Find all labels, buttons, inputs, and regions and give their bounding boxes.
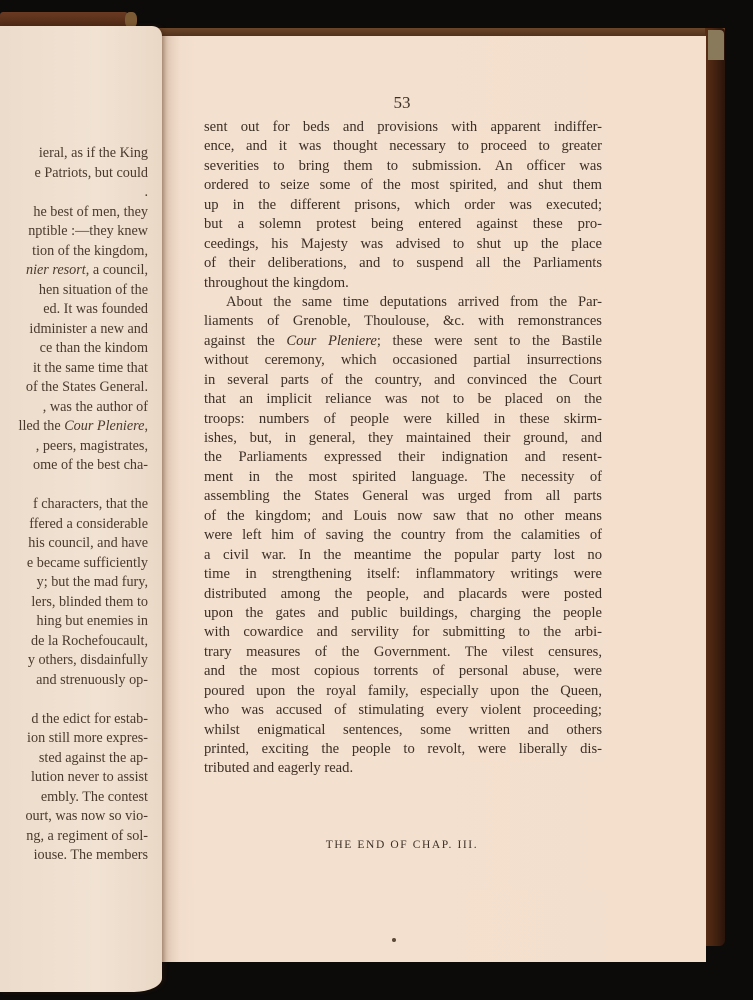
text-line: embly. The contest xyxy=(0,788,148,808)
text-line: who was accused of stimulating every vio… xyxy=(204,701,602,720)
text-line: nier resort, a council, xyxy=(0,261,148,281)
text-line: ordered to seize some of the most spirit… xyxy=(204,176,602,195)
text-line: ishes, but, in general, they maintained … xyxy=(204,429,602,448)
text-line: throughout the kingdom. xyxy=(204,274,602,293)
text-line: , was the author of xyxy=(0,398,148,418)
text-line: lers, blinded them to xyxy=(0,593,148,613)
text-line: e became sufficiently xyxy=(0,554,148,574)
text-line: lled the Cour Pleniere, xyxy=(0,417,148,437)
text-line: the Parliaments expressed their indignat… xyxy=(204,448,602,467)
text-line: he best of men, they xyxy=(0,203,148,223)
text-line xyxy=(0,690,148,710)
book-cover-spine-edge xyxy=(705,28,725,946)
text-line: assembling the States General was urged … xyxy=(204,487,602,506)
text-line: idminister a new and xyxy=(0,320,148,340)
text-line: in several parts of the country, and con… xyxy=(204,371,602,390)
text-line: but a solemn protest being entered again… xyxy=(204,215,602,234)
text-line: tributed and eagerly read. xyxy=(204,759,602,778)
text-line: without ceremony, which occasioned parti… xyxy=(204,351,602,370)
text-line: printed, exciting the people to revolt, … xyxy=(204,740,602,759)
text-line xyxy=(0,476,148,496)
text-line: whilst enigmatical sentences, some writt… xyxy=(204,721,602,740)
paper-speck xyxy=(392,938,396,942)
chapter-end-heading: THE END OF CHAP. III. xyxy=(192,839,612,851)
text-line: f characters, that the xyxy=(0,495,148,515)
text-line: it the same time that xyxy=(0,359,148,379)
text-line: liaments of Grenoble, Thoulouse, &c. wit… xyxy=(204,312,602,331)
text-line: time in strengthening itself: inflammato… xyxy=(204,565,602,584)
text-line: severities to bring them to submission. … xyxy=(204,157,602,176)
text-line: ourt, was now so vio- xyxy=(0,807,148,827)
text-line: . xyxy=(0,183,148,203)
text-line: , peers, magistrates, xyxy=(0,437,148,457)
text-line: lution never to assist xyxy=(0,768,148,788)
text-line: ed. It was founded xyxy=(0,300,148,320)
italic-phrase: Cour Pleniere xyxy=(286,333,377,349)
text-line: sent out for beds and provisions with ap… xyxy=(204,118,602,137)
text-line: ieral, as if the King xyxy=(0,144,148,164)
text-line: poured upon the royal family, especially… xyxy=(204,682,602,701)
text-line: trary measures of the Government. The vi… xyxy=(204,643,602,662)
text-line: his council, and have xyxy=(0,534,148,554)
text-line: of the States General. xyxy=(0,378,148,398)
text-line: ence, and it was thought necessary to pr… xyxy=(204,137,602,156)
text-line: upon the gates and public buildings, cha… xyxy=(204,604,602,623)
text-line: ng, a regiment of sol- xyxy=(0,827,148,847)
text-line: y others, disdainfully xyxy=(0,651,148,671)
text-line: up in the different prisons, which order… xyxy=(204,196,602,215)
text-line: ome of the best cha- xyxy=(0,456,148,476)
text-line: sted against the ap- xyxy=(0,749,148,769)
italic-phrase-container: against the Cour Pleniere; these were se… xyxy=(204,333,602,349)
text-line: ffered a considerable xyxy=(0,515,148,535)
text-line: that an implicit reliance was not to be … xyxy=(204,390,602,409)
text-line: ion still more expres- xyxy=(0,729,148,749)
text-line: with cowardice and servility for submitt… xyxy=(204,623,602,642)
text-line: of the kingdom; and Louis now saw that n… xyxy=(204,507,602,526)
text-line: troops: numbers of people were killed in… xyxy=(204,410,602,429)
text-line: ce than the kindom xyxy=(0,339,148,359)
left-page: ieral, as if the Kinge Patriots, but cou… xyxy=(0,26,162,992)
text-line: y; but the mad fury, xyxy=(0,573,148,593)
text-line: de la Rochefoucault, xyxy=(0,632,148,652)
text-line-italic-term: against the Cour Pleniere; these were se… xyxy=(204,332,602,351)
text-line: nptible :—they knew xyxy=(0,222,148,242)
text-line: tion of the kingdom, xyxy=(0,242,148,262)
text-line: and strenuously op- xyxy=(0,671,148,691)
text-line: were left him of saving the country from… xyxy=(204,526,602,545)
text-line: and the most copious torrents of persona… xyxy=(204,662,602,681)
text-line: ceedings, his Majesty was advised to shu… xyxy=(204,235,602,254)
text-line: of their deliberations, and to suspend a… xyxy=(204,254,602,273)
text-line: e Patriots, but could xyxy=(0,164,148,184)
book-cover-corner xyxy=(708,30,724,60)
left-page-body: ieral, as if the Kinge Patriots, but cou… xyxy=(0,144,148,866)
text-line: a civil war. In the meantime the popular… xyxy=(204,546,602,565)
right-page-body: sent out for beds and provisions with ap… xyxy=(204,118,602,779)
text-line: ment in the most spirited language. The … xyxy=(204,468,602,487)
text-line: d the edict for estab- xyxy=(0,710,148,730)
text-line: About the same time deputations arrived … xyxy=(204,293,602,312)
page-number: 53 xyxy=(192,93,612,113)
text-line: distributed among the people, and placar… xyxy=(204,585,602,604)
text-line: hing but enemies in xyxy=(0,612,148,632)
text-line: iouse. The members xyxy=(0,846,148,866)
text-line: hen situation of the xyxy=(0,281,148,301)
